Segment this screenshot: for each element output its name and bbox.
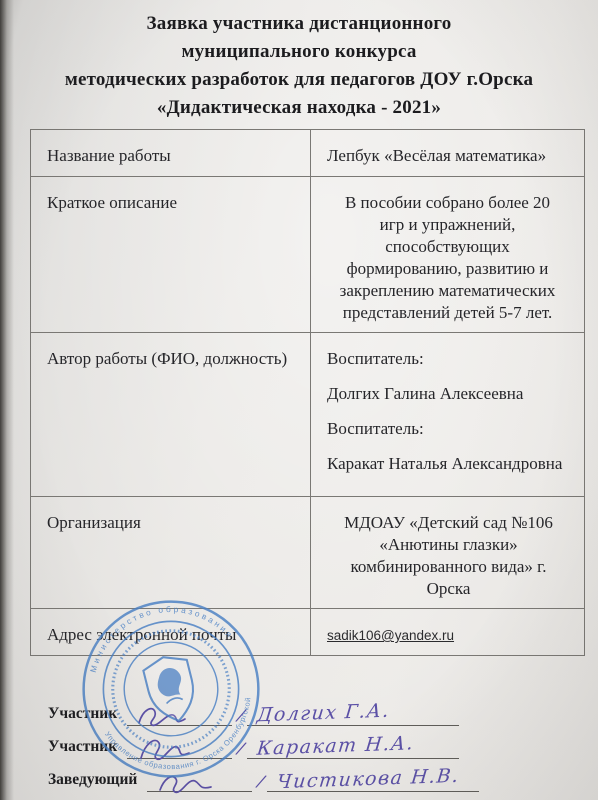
- row-label: Название работы: [31, 130, 311, 176]
- handwritten-name: Долгих Г.А.: [256, 700, 391, 727]
- handwritten-name: Чистикова Н.В.: [276, 765, 461, 793]
- title-line-4: «Дидактическая находка - 2021»: [0, 94, 598, 122]
- row-label: Организация: [31, 497, 311, 608]
- title-line-1: Заявка участника дистанционного: [0, 10, 598, 38]
- row-value: МДОАУ «Детский сад №106 «Анютины глазки»…: [311, 497, 584, 608]
- document-title: Заявка участника дистанционного муниципа…: [0, 0, 598, 122]
- row-value: Воспитатель: Долгих Галина Алексеевна Во…: [311, 333, 584, 496]
- signature-scribble: [155, 767, 219, 797]
- signature-label: Заведующий: [48, 768, 137, 792]
- table-row-email: Адрес электронной почты sadik106@yandex.…: [31, 608, 584, 655]
- signature-line: [127, 727, 232, 759]
- signature-row-participant-2: Участник / Каракат Н.А.: [48, 727, 598, 759]
- row-value: Лепбук «Весёлая математика»: [311, 130, 584, 176]
- author-role-1: Воспитатель:: [327, 348, 570, 370]
- row-value: В пособии собрано более 20 игр и упражне…: [311, 177, 584, 332]
- author-role-2: Воспитатель:: [327, 418, 570, 440]
- row-label: Адрес электронной почты: [31, 609, 311, 655]
- signature-name-line: Каракат Н.А.: [247, 727, 459, 759]
- signature-separator: /: [236, 706, 246, 727]
- signature-line: [127, 694, 232, 726]
- signature-label: Участник: [48, 702, 117, 726]
- table-row-work-title: Название работы Лепбук «Весёлая математи…: [31, 130, 584, 176]
- signature-name-line: Чистикова Н.В.: [267, 760, 479, 792]
- application-table: Название работы Лепбук «Весёлая математи…: [30, 129, 585, 656]
- row-label: Краткое описание: [31, 177, 311, 332]
- author-name-2: Каракат Наталья Александровна: [327, 453, 570, 475]
- title-line-2: муниципального конкурса: [0, 38, 598, 66]
- row-label: Автор работы (ФИО, должность): [31, 333, 311, 496]
- author-name-1: Долгих Галина Алексеевна: [327, 383, 570, 405]
- email-link[interactable]: sadik106@yandex.ru: [327, 628, 454, 643]
- signature-block: Участник / Долгих Г.А. Участник / Карака…: [0, 694, 598, 792]
- signature-line: [147, 760, 252, 792]
- signature-name-line: Долгих Г.А.: [247, 694, 459, 726]
- table-row-authors: Автор работы (ФИО, должность) Воспитател…: [31, 332, 584, 496]
- table-row-description: Краткое описание В пособии собрано более…: [31, 176, 584, 332]
- signature-label: Участник: [48, 735, 117, 759]
- signature-separator: /: [256, 772, 266, 793]
- signature-row-head: Заведующий / Чистикова Н.В.: [48, 760, 598, 792]
- signature-separator: /: [236, 739, 246, 760]
- signature-row-participant-1: Участник / Долгих Г.А.: [48, 694, 598, 726]
- title-line-3: методических разработок для педагогов ДО…: [0, 66, 598, 94]
- table-row-organization: Организация МДОАУ «Детский сад №106 «Аню…: [31, 496, 584, 608]
- handwritten-name: Каракат Н.А.: [256, 732, 416, 760]
- row-value: sadik106@yandex.ru: [311, 609, 584, 655]
